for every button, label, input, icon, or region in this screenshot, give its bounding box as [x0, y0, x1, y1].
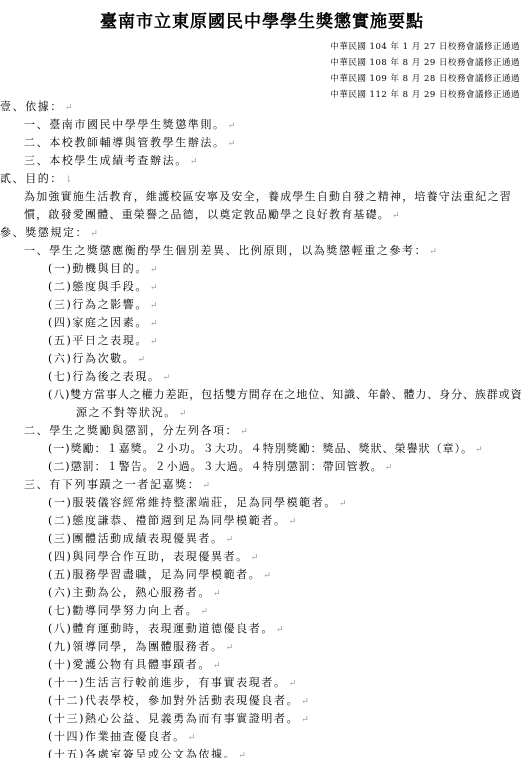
- rules-item-3-sub-13: (十三)熱心公益、見義勇為而有事實證明者。↵: [48, 712, 309, 727]
- document-title: 臺南市立東原國民中學學生獎懲實施要點: [0, 7, 524, 32]
- paragraph-mark-icon: ↵: [301, 697, 309, 707]
- rules-item-3-sub-15: (十五)各處室簽呈或公文為依據。↵: [48, 748, 246, 758]
- rules-item-3-sub-6: (六)主動為公，熱心服務者。↵: [48, 586, 221, 601]
- rules-item-3-sub-10: (十)愛護公物有具體事蹟者。↵: [48, 658, 221, 673]
- rules-item-1-sub-6: (六)行為次數。↵: [48, 352, 145, 367]
- paragraph-mark-icon: ↵: [163, 373, 171, 383]
- rules-item-2-rewards: (一)獎勵：１嘉獎。２小功。３大功。４特別獎勵：獎品、獎狀、榮譽狀（章）。↵: [48, 442, 483, 457]
- paragraph-mark-icon: ↵: [150, 283, 158, 293]
- paragraph-mark-icon: ↵: [238, 751, 246, 758]
- rules-item-1-sub-2: (二)態度與手段。↵: [48, 280, 158, 295]
- rules-item-3-sub-3: (三)團體活動成績表現優異者。↵: [48, 532, 233, 547]
- paragraph-mark-icon: ↵: [475, 445, 483, 455]
- paragraph-mark-icon: ↵: [190, 157, 198, 167]
- rules-item-1: 一、學生之獎懲應衡酌學生個別差異、比例原則，以為獎懲輕重之參考：↵: [24, 244, 437, 259]
- paragraph-mark-icon: ↵: [289, 679, 297, 689]
- paragraph-mark-icon: ↵: [150, 265, 158, 275]
- line-break-icon: ↓: [65, 175, 73, 185]
- paragraph-mark-icon: ↵: [263, 571, 271, 581]
- paragraph-mark-icon: ↵: [150, 301, 158, 311]
- paragraph-mark-icon: ↵: [289, 517, 297, 527]
- purpose-text-line-1: 為加強實施生活教育，維護校區安寧及安全，養成學生自動自發之精神，培養守法重紀之習: [24, 190, 512, 204]
- basis-item-2: 二、本校教師輔導與管教學生辦法。↵: [24, 136, 235, 151]
- rules-item-2-penalties: (二)懲罰：１警告。２小過。３大過。４特別懲罰：帶回管教。↵: [48, 460, 392, 475]
- paragraph-mark-icon: ↵: [392, 211, 400, 221]
- basis-item-1: 一、臺南市國民中學學生獎懲準則。↵: [24, 118, 235, 133]
- paragraph-mark-icon: ↵: [339, 499, 347, 509]
- paragraph-mark-icon: ↵: [213, 661, 221, 671]
- rules-item-3-sub-8: (八)體育運動時，表現運動道德優良者。↵: [48, 622, 284, 637]
- rules-item-1-sub-3: (三)行為之影響。↵: [48, 298, 158, 313]
- paragraph-mark-icon: ↵: [65, 103, 73, 113]
- rules-item-1-sub-5: (五)平日之表現。↵: [48, 334, 158, 349]
- paragraph-mark-icon: ↵: [240, 427, 248, 437]
- rules-item-3-sub-12: (十二)代表學校，參加對外活動表現優良者。↵: [48, 694, 309, 709]
- rules-item-3-sub-9: (九)領導同學，為團體服務者。↵: [48, 640, 233, 655]
- purpose-text-line-2: 慣，啟發愛團體、重榮譽之品德，以奠定敦品勵學之良好教育基礎。↵: [24, 208, 400, 223]
- paragraph-mark-icon: ↵: [202, 481, 210, 491]
- paragraph-mark-icon: ↵: [301, 715, 309, 725]
- section-purpose-heading: 貳、目的：↓: [0, 172, 73, 187]
- rules-item-3-sub-7: (七)勸導同學努力向上者。↵: [48, 604, 208, 619]
- rules-item-3-sub-11: (十一)生活言行較前進步，有事實表現者。↵: [48, 676, 296, 691]
- rules-item-1-sub-1: (一)動機與目的。↵: [48, 262, 158, 277]
- paragraph-mark-icon: ↵: [188, 733, 196, 743]
- paragraph-mark-icon: ↵: [213, 589, 221, 599]
- rules-item-3-sub-14: (十四)作業抽查優良者。↵: [48, 730, 195, 745]
- paragraph-mark-icon: ↵: [150, 319, 158, 329]
- paragraph-mark-icon: ↵: [385, 463, 393, 473]
- rules-item-3: 三、有下列事蹟之一者記嘉獎：↵: [24, 478, 210, 493]
- rules-item-3-sub-5: (五)服務學習盡職，足為同學模範者。↵: [48, 568, 271, 583]
- paragraph-mark-icon: ↵: [200, 607, 208, 617]
- paragraph-mark-icon: ↵: [226, 535, 234, 545]
- rules-item-3-sub-1: (一)服裝儀容經常維持整潔端莊，足為同學模範者。↵: [48, 496, 347, 511]
- basis-item-3: 三、本校學生成績考查辦法。↵: [24, 154, 197, 169]
- paragraph-mark-icon: ↵: [228, 121, 236, 131]
- paragraph-mark-icon: ↵: [226, 643, 234, 653]
- section-basis-heading: 壹、依據：↵: [0, 100, 73, 115]
- rules-item-1-sub-8-continued: 源之不對等狀況。↵: [76, 406, 186, 421]
- paragraph-mark-icon: ↵: [150, 337, 158, 347]
- rules-item-3-sub-4: (四)與同學合作互助，表現優異者。↵: [48, 550, 258, 565]
- amendment-date-2: 中華民國 108 年 8 月 29 日校務會議修正通過: [330, 56, 520, 68]
- paragraph-mark-icon: ↵: [90, 229, 98, 239]
- rules-item-1-sub-8: (八)雙方當事人之權力差距，包括雙方間存在之地位、知識、年齡、體力、身分、族群或…: [48, 388, 522, 402]
- section-rules-heading: 參、獎懲規定：↵: [0, 226, 98, 241]
- paragraph-mark-icon: ↵: [179, 409, 187, 419]
- paragraph-mark-icon: ↵: [137, 355, 145, 365]
- rules-item-1-sub-4: (四)家庭之因素。↵: [48, 316, 158, 331]
- amendment-date-3: 中華民國 109 年 8 月 28 日校務會議修正通過: [330, 72, 520, 84]
- paragraph-mark-icon: ↵: [429, 247, 437, 257]
- rules-item-1-sub-7: (七)行為後之表現。↵: [48, 370, 170, 385]
- paragraph-mark-icon: ↵: [251, 553, 259, 563]
- amendment-date-1: 中華民國 104 年 1 月 27 日校務會議修正通過: [330, 40, 520, 52]
- amendment-date-4: 中華民國 112 年 8 月 29 日校務會議修正通過: [330, 88, 520, 100]
- paragraph-mark-icon: ↵: [276, 625, 284, 635]
- paragraph-mark-icon: ↵: [228, 139, 236, 149]
- rules-item-2: 二、學生之獎勵與懲罰，分左列各項：↵: [24, 424, 248, 439]
- rules-item-3-sub-2: (二)態度謙恭、禮節週到足為同學模範者。↵: [48, 514, 296, 529]
